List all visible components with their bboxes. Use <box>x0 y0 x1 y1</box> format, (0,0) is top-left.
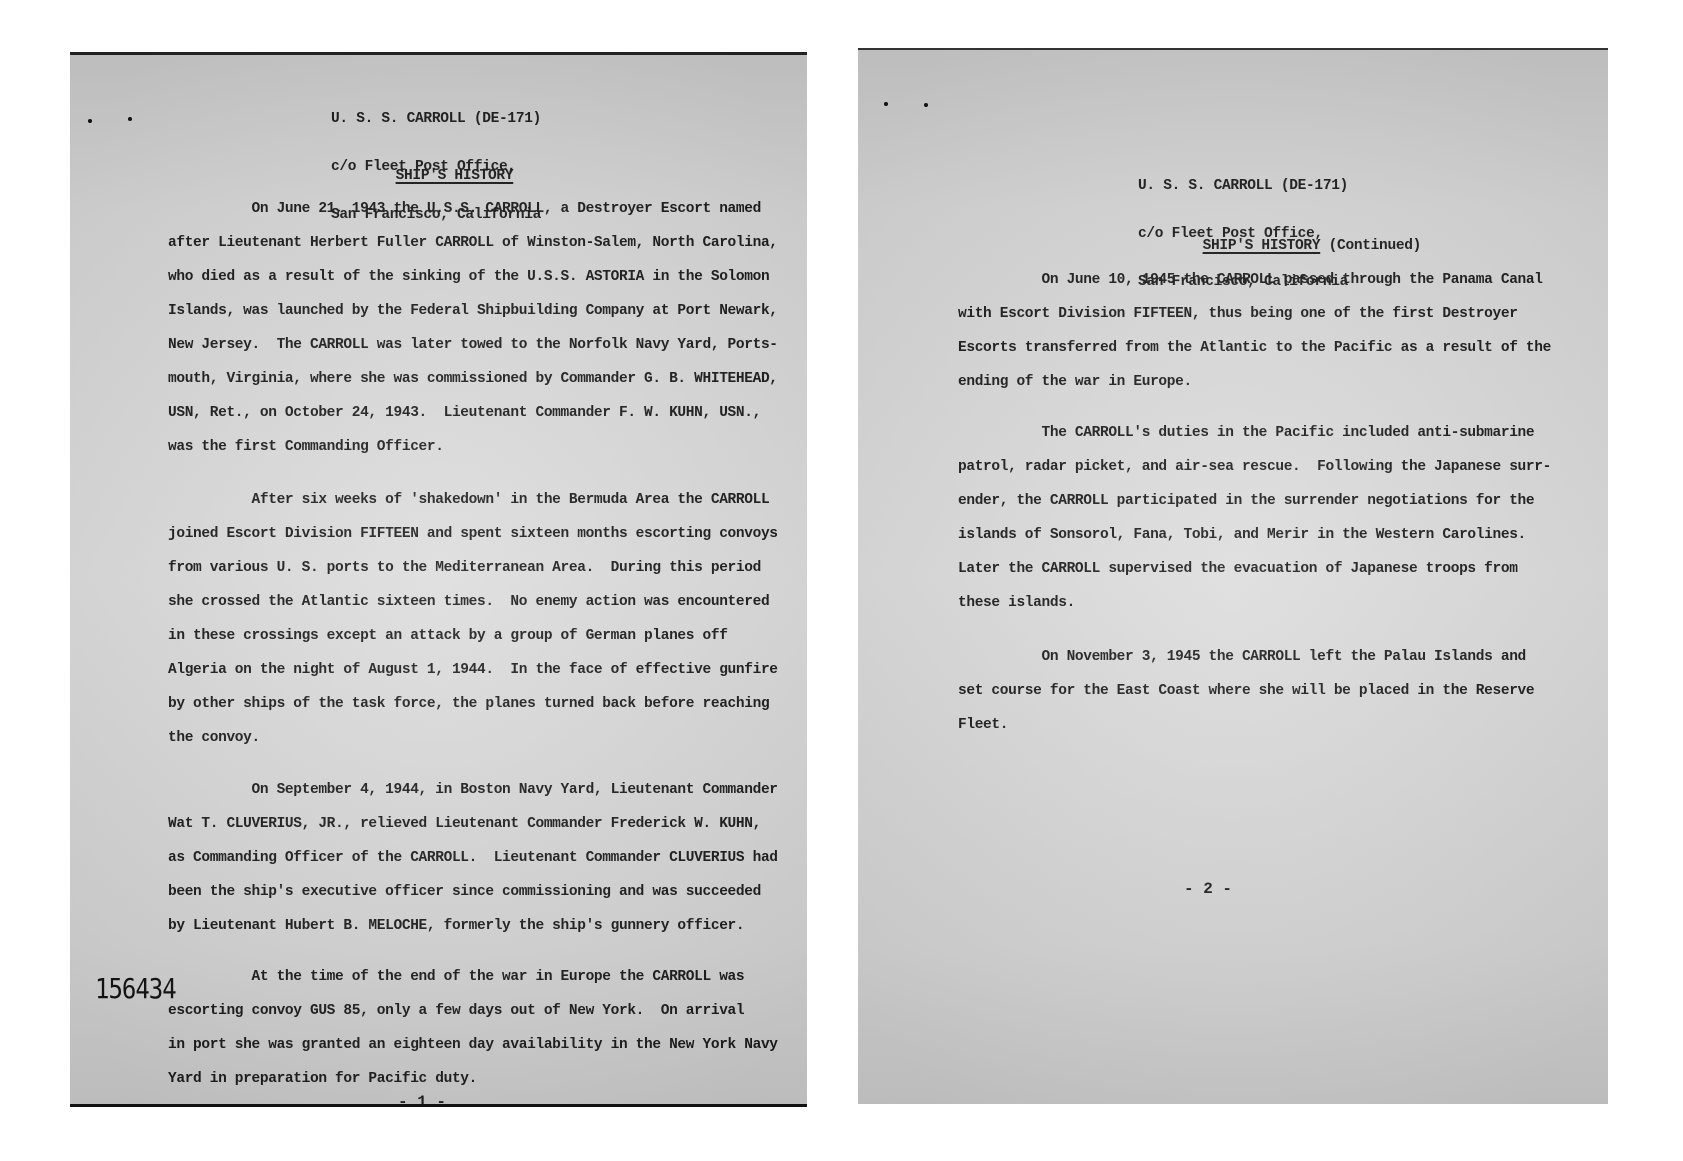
text-line: in port she was granted an eighteen day … <box>168 1035 778 1069</box>
page-title-text: SHIP'S HISTORY <box>1203 238 1321 254</box>
paragraph-pacific-duties: The CARROLL's duties in the Pacific incl… <box>958 423 1551 627</box>
text-line: islands of Sonsorol, Fana, Tobi, and Mer… <box>958 525 1551 559</box>
letterhead-ship: U. S. S. CARROLL (DE-171) <box>331 111 541 127</box>
text-line: On September 4, 1944, in Boston Navy Yar… <box>168 780 778 814</box>
page-title: SHIP'S HISTORY <box>362 152 513 200</box>
text-line: ender, the CARROLL participated in the s… <box>958 491 1551 525</box>
text-line: by other ships of the task force, the pl… <box>168 694 778 728</box>
text-line: ending of the war in Europe. <box>958 372 1551 406</box>
scan-speck <box>884 102 888 106</box>
text-line: set course for the East Coast where she … <box>958 681 1534 715</box>
text-line: as Commanding Officer of the CARROLL. Li… <box>168 848 778 882</box>
paragraph-panama-canal: On June 10, 1945 the CARROLL passed thro… <box>958 270 1551 406</box>
paragraph-shakedown: After six weeks of 'shakedown' in the Be… <box>168 490 778 762</box>
text-line: after Lieutenant Herbert Fuller CARROLL … <box>168 233 778 267</box>
text-line: Yard in preparation for Pacific duty. <box>168 1069 778 1103</box>
text-line: New Jersey. The CARROLL was later towed … <box>168 335 778 369</box>
page-title-text: SHIP'S HISTORY <box>396 168 514 184</box>
letterhead-ship: U. S. S. CARROLL (DE-171) <box>1138 178 1348 194</box>
text-line: Fleet. <box>958 715 1534 749</box>
scan-speck <box>924 103 928 107</box>
text-line: Islands, was launched by the Federal Shi… <box>168 301 778 335</box>
text-line: On June 10, 1945 the CARROLL passed thro… <box>958 270 1551 304</box>
text-line: The CARROLL's duties in the Pacific incl… <box>958 423 1551 457</box>
text-line: At the time of the end of the war in Eur… <box>168 967 778 1001</box>
text-line: was the first Commanding Officer. <box>168 437 778 471</box>
text-line: mouth, Virginia, where she was commissio… <box>168 369 778 403</box>
paragraph-end-of-war: At the time of the end of the war in Eur… <box>168 967 778 1103</box>
text-line: in these crossings except an attack by a… <box>168 626 778 660</box>
scan-speck <box>88 119 92 123</box>
text-line: who died as a result of the sinking of t… <box>168 267 778 301</box>
text-line: from various U. S. ports to the Mediterr… <box>168 558 778 592</box>
page-title-suffix: (Continued) <box>1320 238 1421 254</box>
scan-speck <box>128 117 132 121</box>
text-line: On June 21, 1943 the U.S.S. CARROLL, a D… <box>168 199 778 233</box>
document-page-1: U. S. S. CARROLL (DE-171) c/o Fleet Post… <box>70 52 807 1107</box>
text-line: USN, Ret., on October 24, 1943. Lieutena… <box>168 403 778 437</box>
text-line: joined Escort Division FIFTEEN and spent… <box>168 524 778 558</box>
text-line: escorting convoy GUS 85, only a few days… <box>168 1001 778 1035</box>
text-line: been the ship's executive officer since … <box>168 882 778 916</box>
page-number: - 1 - <box>398 1093 446 1107</box>
archive-stamp-number: 156434 <box>95 973 176 1005</box>
paragraph-launch: On June 21, 1943 the U.S.S. CARROLL, a D… <box>168 199 778 471</box>
paragraph-change-of-command: On September 4, 1944, in Boston Navy Yar… <box>168 780 778 950</box>
page-title: SHIP'S HISTORY (Continued) <box>1169 222 1421 270</box>
text-line: by Lieutenant Hubert B. MELOCHE, formerl… <box>168 916 778 950</box>
text-line: After six weeks of 'shakedown' in the Be… <box>168 490 778 524</box>
text-line: Later the CARROLL supervised the evacuat… <box>958 559 1551 593</box>
text-line: patrol, radar picket, and air-sea rescue… <box>958 457 1551 491</box>
text-line: with Escort Division FIFTEEN, thus being… <box>958 304 1551 338</box>
paragraph-reserve-fleet: On November 3, 1945 the CARROLL left the… <box>958 647 1534 749</box>
page-number: - 2 - <box>1184 880 1232 898</box>
text-line: Algeria on the night of August 1, 1944. … <box>168 660 778 694</box>
text-line: the convoy. <box>168 728 778 762</box>
text-line: Wat T. CLUVERIUS, JR., relieved Lieutena… <box>168 814 778 848</box>
text-line: Escorts transferred from the Atlantic to… <box>958 338 1551 372</box>
document-page-2: U. S. S. CARROLL (DE-171) c/o Fleet Post… <box>858 48 1608 1104</box>
text-line: On November 3, 1945 the CARROLL left the… <box>958 647 1534 681</box>
text-line: these islands. <box>958 593 1551 627</box>
text-line: she crossed the Atlantic sixteen times. … <box>168 592 778 626</box>
